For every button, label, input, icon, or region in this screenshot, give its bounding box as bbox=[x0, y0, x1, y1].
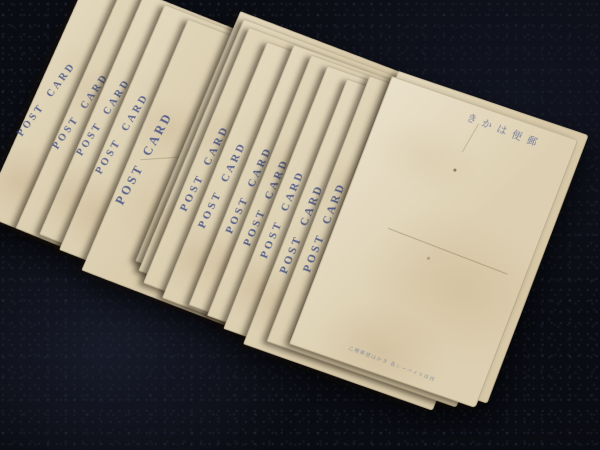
foxing-speck bbox=[427, 256, 431, 260]
paper-crease-line bbox=[462, 124, 479, 152]
foxing-speck bbox=[453, 168, 457, 171]
address-divider-line bbox=[388, 228, 508, 275]
postcard-photo-stage: POST CARDPOST CARDPOST CARDPOST CARDPOST… bbox=[0, 0, 600, 450]
